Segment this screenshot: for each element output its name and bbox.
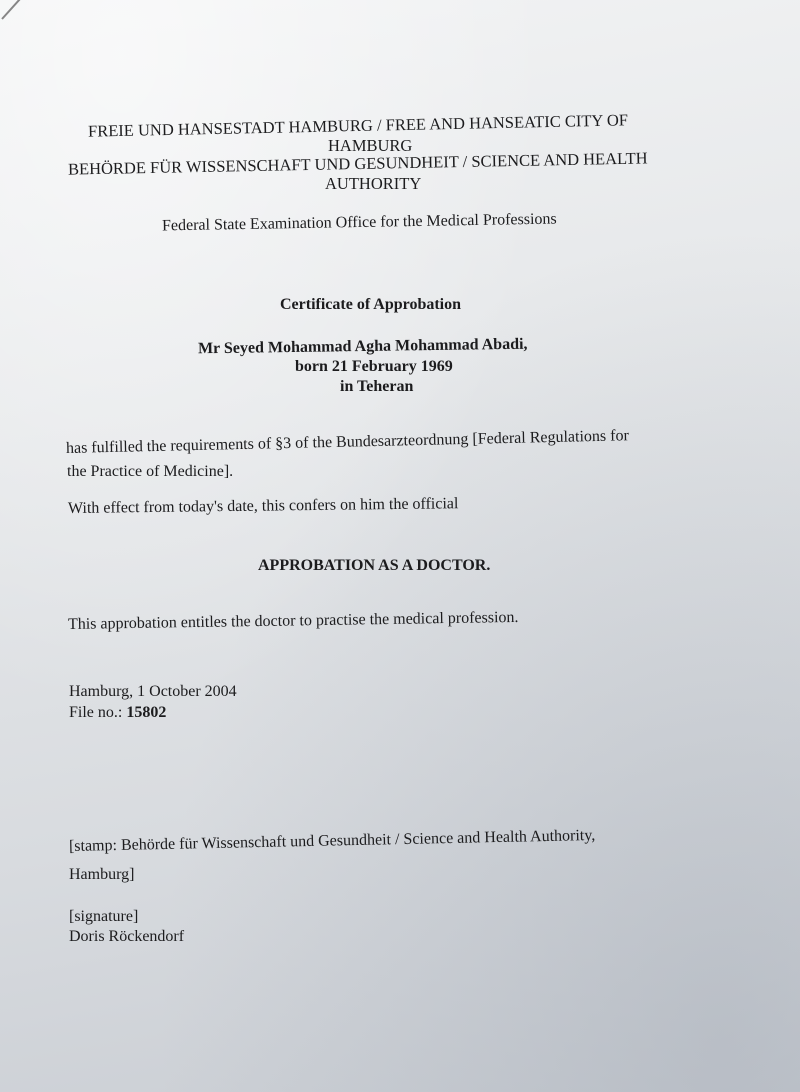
entitlement-line: This approbation entitles the doctor to … [68,609,519,634]
file-number-label: File no.: [69,704,122,721]
birth-place: in Teheran [340,378,413,396]
effect-line: With effect from today's date, this conf… [68,495,459,518]
signature-label: [signature] [69,908,138,926]
approbation-heading: APPROBATION AS A DOCTOR. [258,557,490,575]
pen-mark [1,0,23,20]
requirements-line-1: has fulfilled the requirements of §3 of … [66,427,629,458]
office-name: Federal State Examination Office for the… [162,211,557,236]
certificate-title: Certificate of Approbation [280,296,461,314]
file-number-line: File no.: 15802 [69,704,166,722]
birth-date: born 21 February 1969 [295,358,453,376]
header-line-4: AUTHORITY [325,175,421,193]
file-number: 15802 [126,704,166,721]
stamp-line-2: Hamburg] [69,866,134,884]
requirements-line-2: the Practice of Medicine]. [67,463,233,481]
stamp-line-1: [stamp: Behörde für Wissenschaft und Ges… [69,827,596,856]
place-and-date: Hamburg, 1 October 2004 [69,683,237,701]
signatory-name: Doris Röckendorf [69,928,184,946]
recipient-name: Mr Seyed Mohammad Agha Mohammad Abadi, [198,336,528,359]
